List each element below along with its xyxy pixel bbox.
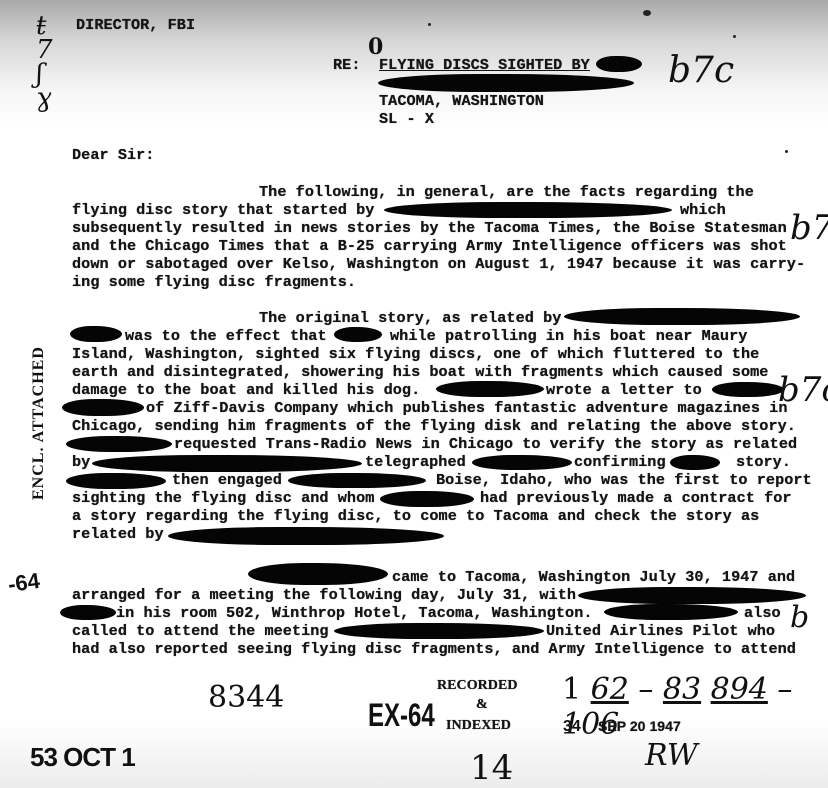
body-line: United Airlines Pilot who — [546, 622, 775, 640]
body-line: also — [744, 604, 781, 622]
body-line: The following, in general, are the facts… — [259, 183, 754, 201]
redaction — [70, 326, 122, 342]
file-part: 62 — [591, 672, 629, 707]
file-ref: SL - X — [379, 110, 434, 128]
redaction — [92, 455, 362, 472]
ampersand: & — [476, 697, 488, 713]
redaction — [66, 473, 166, 489]
body-line: Boise, Idaho, who was the first to repor… — [436, 471, 812, 489]
redaction — [472, 455, 572, 470]
redaction — [248, 563, 388, 585]
redaction — [712, 382, 784, 397]
redaction — [378, 74, 634, 92]
body-line: wrote a letter to — [546, 381, 702, 399]
body-line: of Ziff-Davis Company which publishes fa… — [146, 399, 787, 417]
redaction — [578, 587, 806, 604]
handwritten-number: 14 — [470, 748, 513, 788]
redaction — [384, 202, 672, 218]
redaction — [670, 455, 720, 470]
body-line: had also reported seeing flying disc fra… — [72, 640, 796, 658]
redaction — [334, 327, 382, 342]
recorded-stamp: RECORDED — [437, 678, 518, 694]
body-line: sighting the flying disc and whom — [72, 489, 374, 507]
body-line: story. — [736, 453, 791, 471]
re-subject-text: FLYING DISCS SIGHTED BY — [379, 56, 590, 74]
margin-handwriting: ŧ7ʃɣ — [36, 14, 53, 110]
body-line: ing some flying disc fragments. — [72, 273, 356, 291]
file-part: 83 — [663, 672, 701, 707]
addressee: DIRECTOR, FBI — [76, 16, 195, 34]
body-line: telegraphed — [365, 453, 466, 471]
body-line: flying disc story that started by — [72, 201, 374, 219]
indexed-stamp: INDEXED — [446, 718, 511, 734]
redaction — [334, 623, 544, 639]
body-line: requested Trans-Radio News in Chicago to… — [174, 435, 797, 453]
date-received-stamp: 53 OCT 1 — [30, 742, 135, 773]
body-line: a story regarding the flying disc, to co… — [72, 507, 759, 525]
body-line: which — [680, 201, 726, 219]
ink-speck — [785, 150, 788, 153]
margin-number: -64 — [6, 568, 41, 598]
annotation-b7c: b — [790, 600, 809, 635]
ink-speck — [733, 35, 736, 38]
initials: RW — [645, 738, 698, 773]
body-line: earth and disintegrated, showering his b… — [72, 363, 768, 381]
body-line: and the Chicago Times that a B-25 carryi… — [72, 237, 787, 255]
redaction — [564, 308, 800, 325]
body-line: confirming — [574, 453, 666, 471]
body-line: down or sabotaged over Kelso, Washington… — [72, 255, 805, 273]
redaction — [62, 399, 144, 416]
body-line: Chicago, sending him fragments of the fl… — [72, 417, 796, 435]
body-line: related by — [72, 525, 164, 543]
re-label: RE: — [333, 56, 361, 74]
redaction — [66, 436, 172, 452]
body-line: Island, Washington, sighted six flying d… — [72, 345, 759, 363]
body-line: while patrolling in his boat near Maury — [390, 327, 747, 345]
body-line: by — [72, 453, 90, 471]
annotation-b7c: b7c — [790, 208, 828, 248]
body-line: had previously made a contract for — [480, 489, 792, 507]
file-part: 894 — [711, 672, 768, 707]
body-line: then engaged — [172, 471, 282, 489]
body-line: subsequently resulted in news stories by… — [72, 219, 787, 237]
body-line: The original story, as related by — [259, 309, 561, 327]
annotation-b7c: b7c — [668, 50, 734, 91]
body-line: damage to the boat and killed his dog. — [72, 381, 420, 399]
handwritten-number: 8344 — [208, 680, 284, 715]
ex-stamp: EX-64 — [368, 697, 435, 734]
fbi-memo-page: ŧ7ʃɣ DIRECTOR, FBI 0 RE: FLYING DISCS SI… — [0, 0, 828, 788]
body-line: was to the effect that — [125, 327, 327, 345]
location: TACOMA, WASHINGTON — [379, 92, 544, 110]
body-line: arranged for a meeting the following day… — [72, 586, 576, 604]
salutation: Dear Sir: — [72, 146, 154, 164]
redaction — [604, 604, 738, 620]
redaction — [380, 491, 474, 507]
body-line: in his room 502, Winthrop Hotel, Tacoma,… — [116, 604, 593, 622]
encl-attached-stamp: ENCL. ATTACHED — [30, 346, 48, 500]
redaction — [168, 527, 444, 545]
body-line: called to attend the meeting — [72, 622, 329, 640]
redaction — [60, 605, 116, 620]
recorded-date: SEP 20 1947 — [598, 718, 681, 734]
redaction — [596, 56, 642, 72]
ink-speck — [428, 23, 431, 26]
date-prefix: 34 — [563, 718, 581, 736]
body-line: came to Tacoma, Washington July 30, 1947… — [392, 568, 795, 586]
re-subject: FLYING DISCS SIGHTED BY — [379, 56, 590, 74]
ink-speck — [643, 10, 651, 16]
redaction — [288, 473, 426, 488]
redaction — [436, 381, 544, 397]
